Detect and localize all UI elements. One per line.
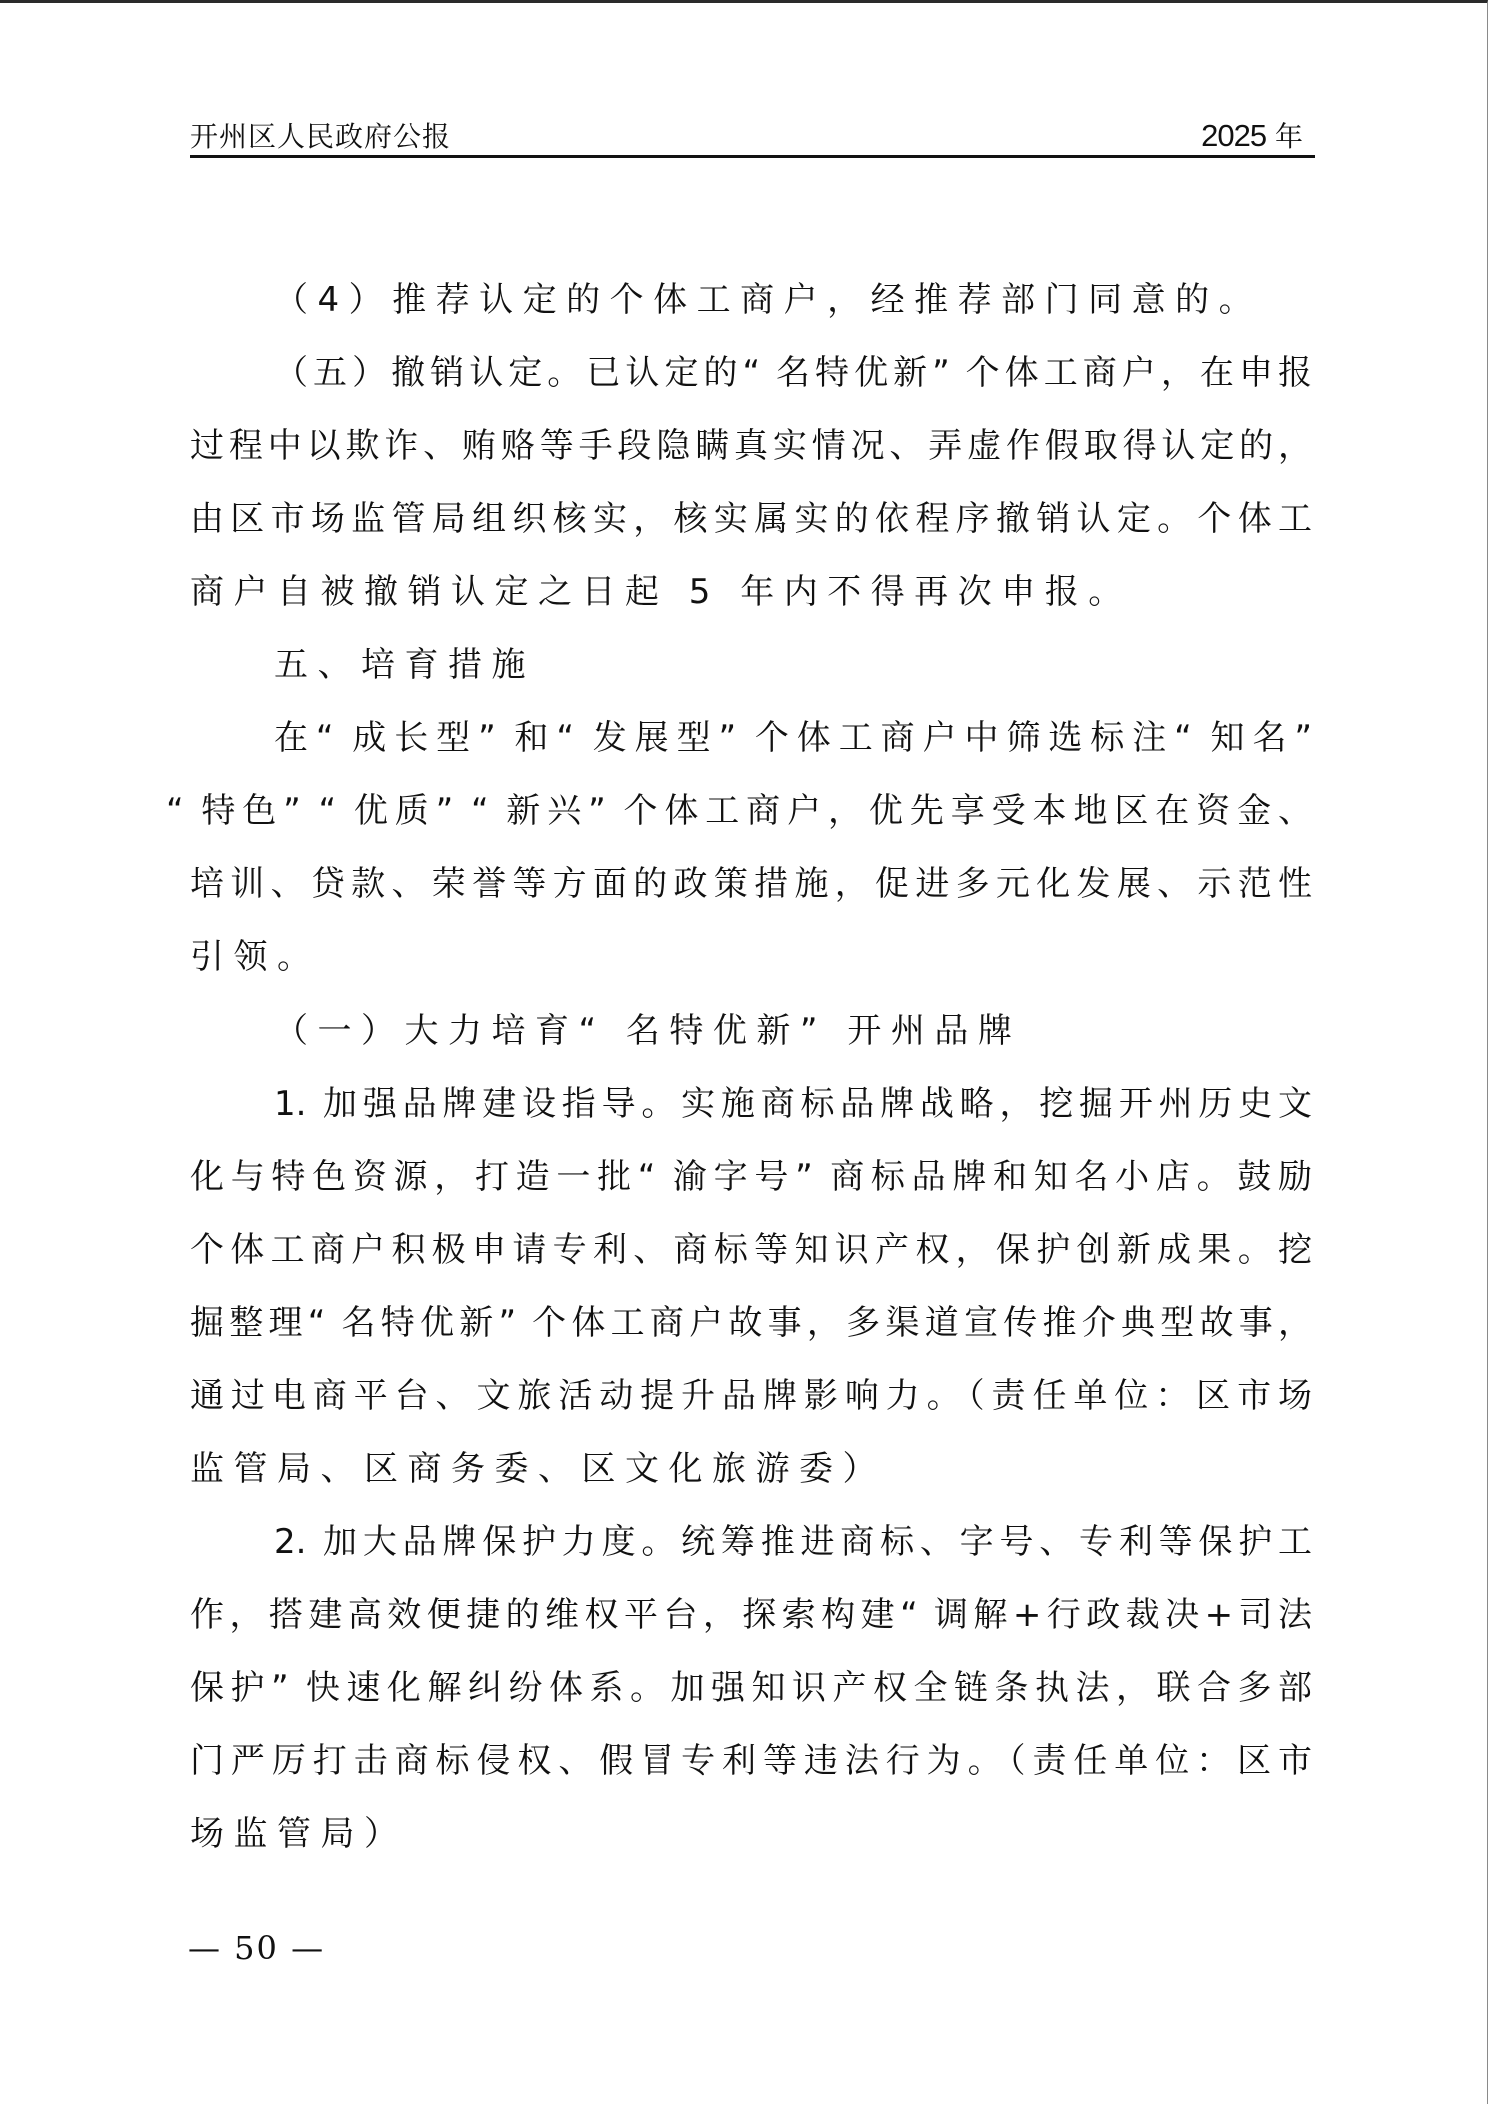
year-number: 2025: [1201, 118, 1266, 153]
text-line: 化与特色资源，打造一批“ 渝字号” 商标品牌和知名小店。鼓励: [190, 1155, 1312, 1199]
document-page: 开州区人民政府公报 2025 年 （4）推荐认定的个体工商户，经推荐部门同意的。…: [0, 0, 1488, 2104]
text-line: “ 特色” “ 优质” “ 新兴” 个体工商户，优先享受本地区在资金、: [166, 789, 1312, 833]
text-line: 掘整理“ 名特优新” 个体工商户故事，多渠道宣传推介典型故事，: [190, 1301, 1312, 1345]
text-line: 作，搭建高效便捷的维权平台，探索构建“ 调解+行政裁决+司法: [190, 1593, 1312, 1637]
text-line: 个体工商户积极申请专利、商标等知识产权，保护创新成果。挖: [190, 1228, 1312, 1272]
text-line: （五）撤销认定。已认定的“ 名特优新” 个体工商户，在申报: [274, 351, 1312, 395]
year-suffix: 年: [1275, 120, 1303, 153]
text-line: 门严厉打击商标侵权、假冒专利等违法行为。（责任单位：区市: [190, 1739, 1312, 1783]
text-line: 通过电商平台、文旅活动提升品牌影响力。（责任单位：区市场: [190, 1374, 1312, 1418]
text-line: 引领。: [190, 935, 1312, 979]
text-line: 商户自被撤销认定之日起 5 年内不得再次申报。: [190, 570, 1312, 614]
publication-title: 开州区人民政府公报: [190, 115, 451, 155]
page-number: — 50 —: [188, 1929, 325, 1967]
text-line: （一）大力培育“ 名特优新” 开州品牌: [274, 1009, 1312, 1053]
text-line: 培训、贷款、荣誉等方面的政策措施，促进多元化发展、示范性: [190, 862, 1312, 906]
text-line: 场监管局）: [190, 1812, 1312, 1856]
text-line: （4）推荐认定的个体工商户，经推荐部门同意的。: [274, 278, 1312, 322]
text-line: 监管局、区商务委、区文化旅游委）: [190, 1447, 1312, 1491]
text-line: 过程中以欺诈、贿赂等手段隐瞒真实情况、弄虚作假取得认定的，: [190, 424, 1312, 468]
text-line: 五、培育措施: [274, 643, 1312, 687]
publication-year: 2025 年: [1201, 115, 1303, 155]
text-line: 在“ 成长型” 和“ 发展型” 个体工商户中筛选标注“ 知名”: [274, 716, 1312, 760]
text-line: 由区市场监管局组织核实，核实属实的依程序撤销认定。个体工: [190, 497, 1312, 541]
running-header: 开州区人民政府公报 2025 年: [190, 111, 1315, 158]
text-line: 保护” 快速化解纠纷体系。加强知识产权全链条执法，联合多部: [190, 1666, 1312, 1710]
text-line: 2. 加大品牌保护力度。统筹推进商标、字号、专利等保护工: [274, 1520, 1312, 1564]
text-line: 1. 加强品牌建设指导。实施商标品牌战略，挖掘开州历史文: [274, 1082, 1312, 1126]
